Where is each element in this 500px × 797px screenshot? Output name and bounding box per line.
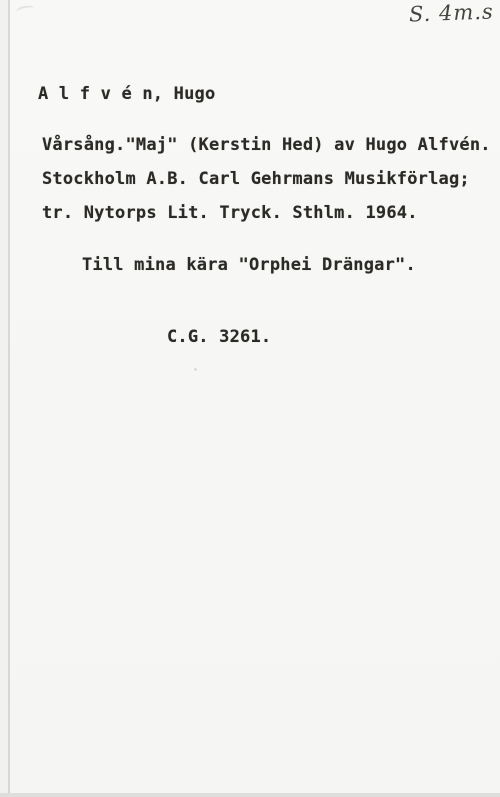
scan-artifact-dot xyxy=(194,368,197,371)
author-heading: A l f v é n, Hugo xyxy=(38,84,215,104)
scan-artifact-squiggle xyxy=(15,5,34,16)
scan-left-margin xyxy=(0,0,8,797)
publisher-line: Stockholm A.B. Carl Gehrmans Musikförlag… xyxy=(42,169,470,189)
scan-left-edge-line xyxy=(8,0,10,797)
title-line: Vårsång."Maj" (Kerstin Hed) av Hugo Alfv… xyxy=(42,135,491,155)
handwritten-shelfmark: S. 4m.s xyxy=(409,0,495,26)
printer-line: tr. Nytorps Lit. Tryck. Sthlm. 1964. xyxy=(42,203,418,223)
scan-bottom-edge-shadow xyxy=(0,793,500,797)
catalog-card: S. 4m.s A l f v é n, Hugo Vårsång."Maj" … xyxy=(0,0,500,797)
plate-number: C.G. 3261. xyxy=(167,327,271,347)
dedication-line: Till mina kära "Orphei Drängar". xyxy=(82,255,416,275)
